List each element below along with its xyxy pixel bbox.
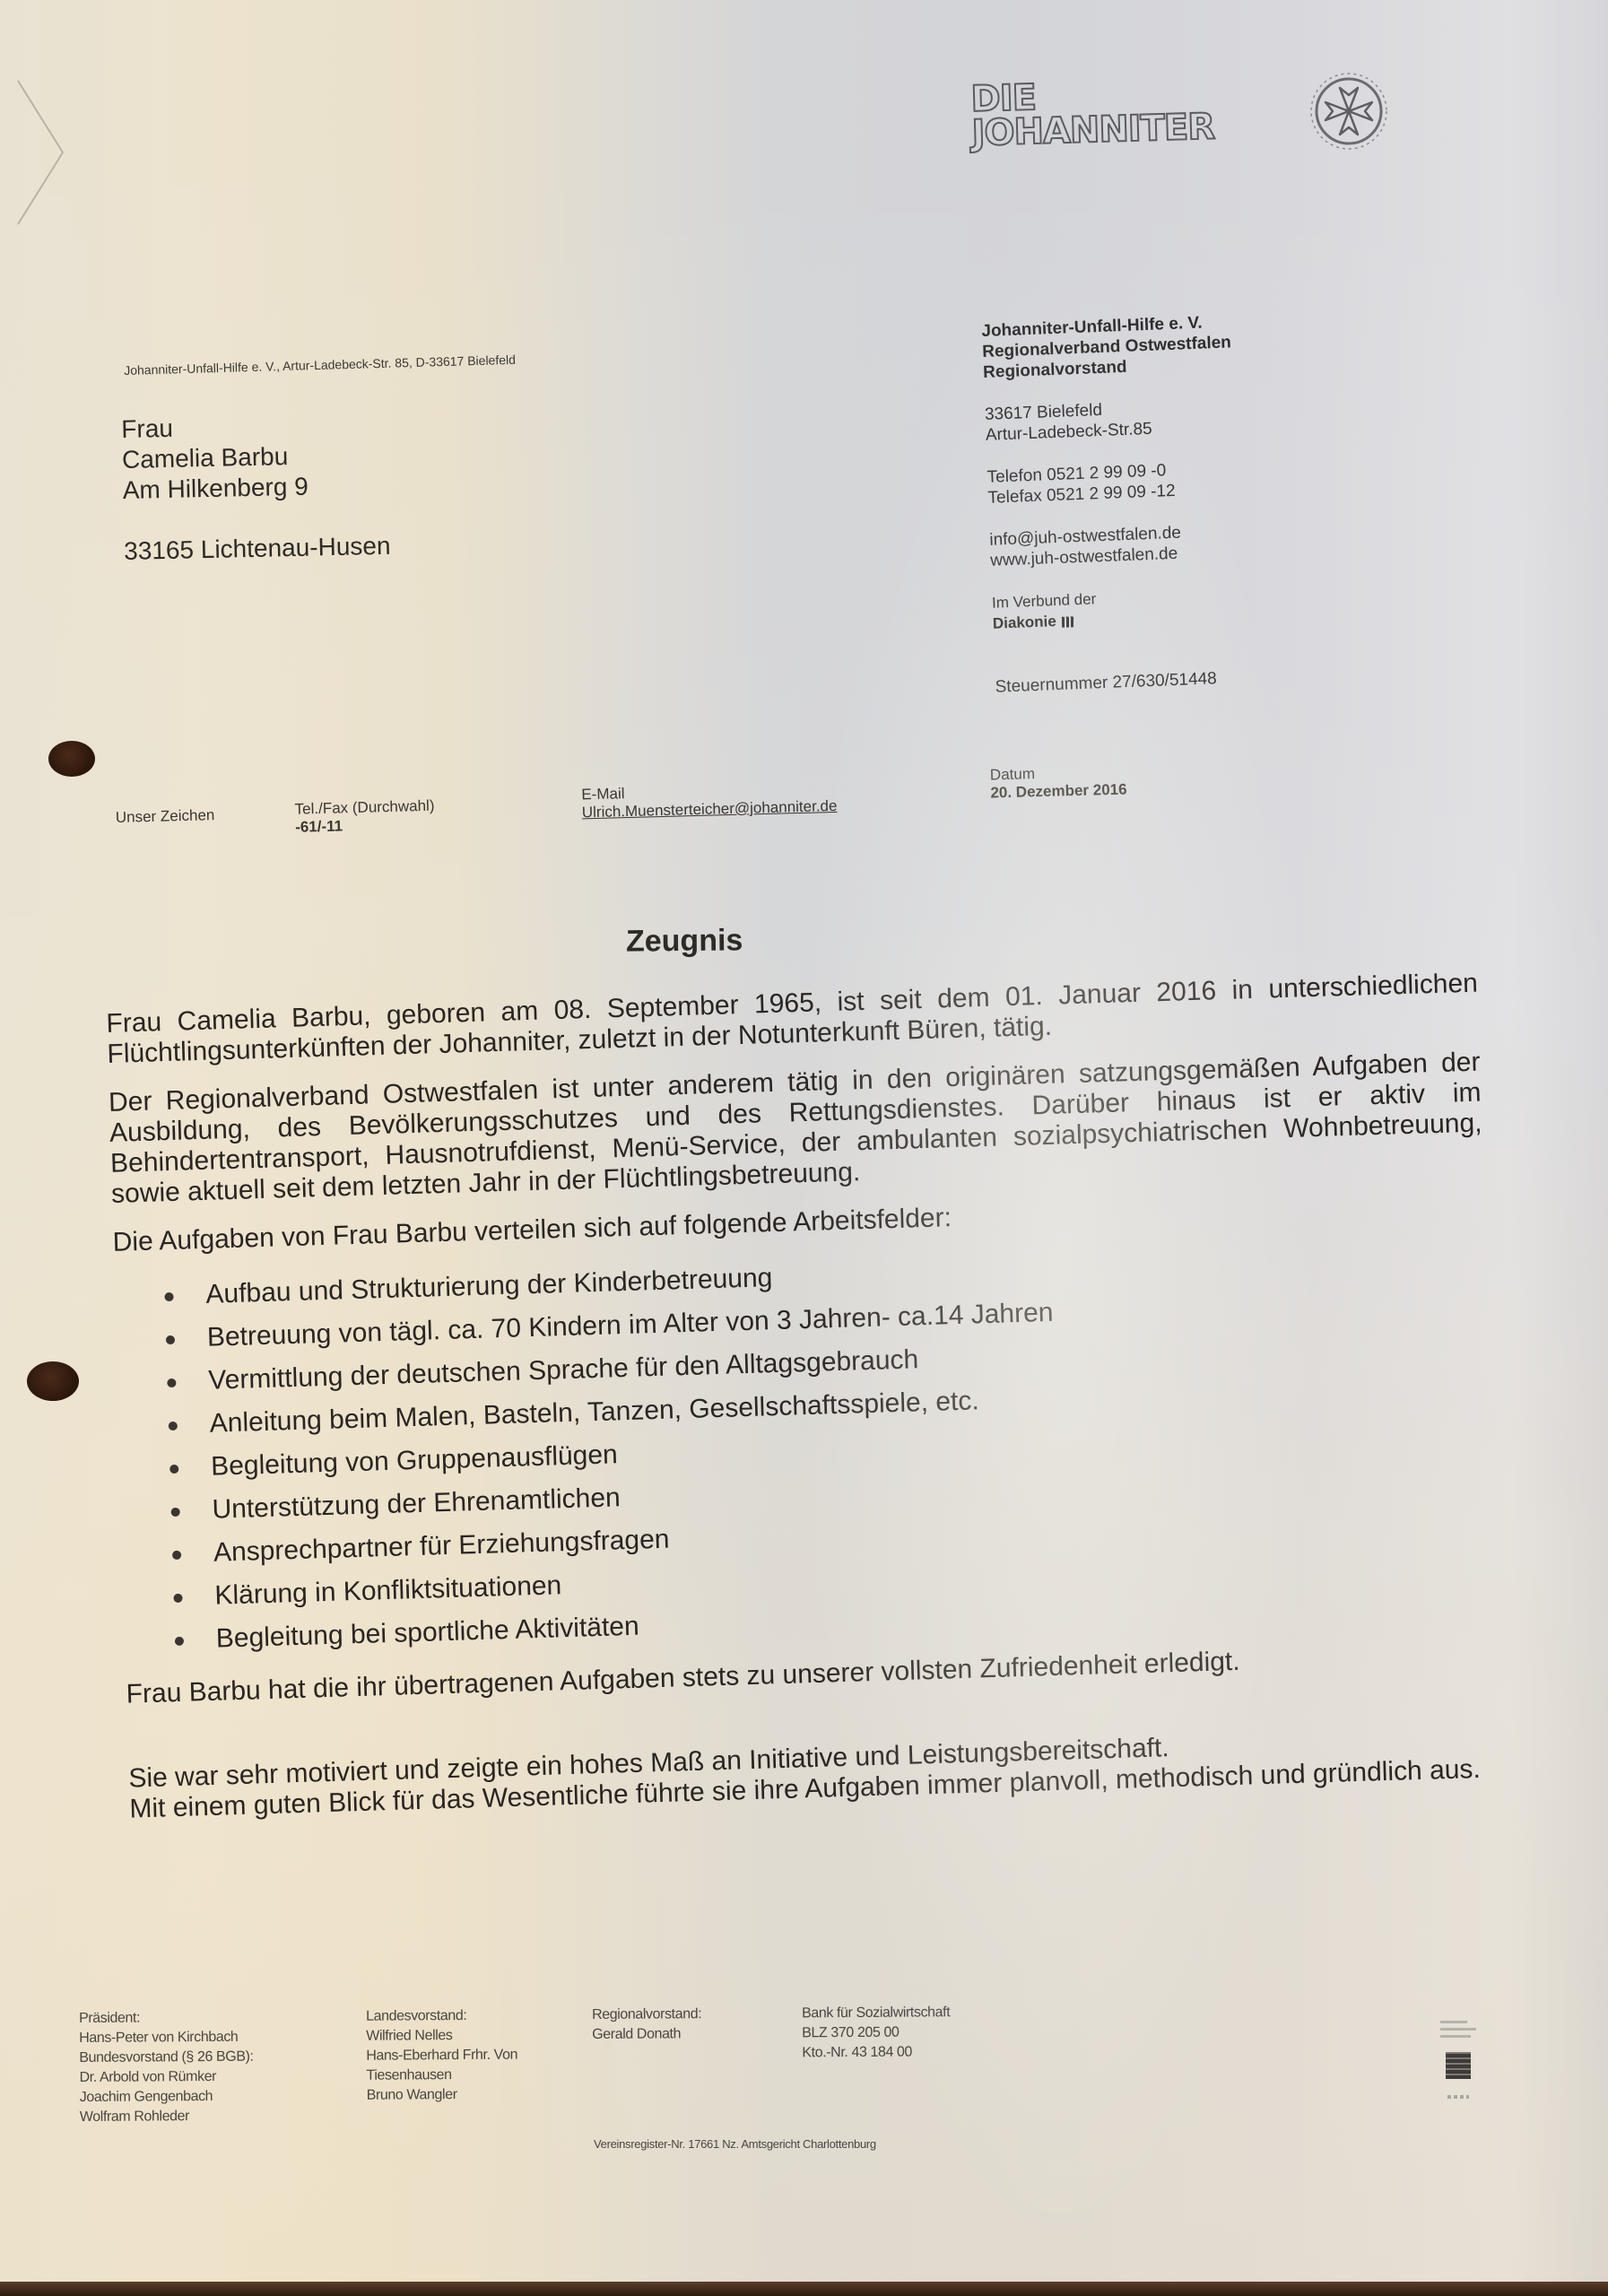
footer-board: Präsident: Hans-Peter von Kirchbach Bund… bbox=[79, 2008, 254, 2127]
footer-state-board: Landesvorstand: Wilfried Nelles Hans-Ebe… bbox=[366, 2006, 517, 2106]
bullet-icon bbox=[166, 1335, 175, 1344]
letter-page: DIE JOHANNITER Johanniter-Unfall-Hilfe e… bbox=[0, 0, 1608, 2285]
bullet-icon bbox=[169, 1422, 178, 1431]
hole-punch bbox=[48, 741, 95, 777]
bullet-icon bbox=[173, 1594, 182, 1603]
bullet-icon bbox=[171, 1508, 180, 1517]
our-sign-label: Unser Zeichen bbox=[116, 806, 215, 827]
phone-extension: Tel./Fax (Durchwahl) -61/-11 bbox=[294, 797, 435, 837]
johanniter-cross-icon bbox=[1308, 70, 1390, 152]
certification-text-icon bbox=[1440, 2021, 1476, 2038]
fold-mark-icon bbox=[0, 54, 72, 233]
recipient-city: 33165 Lichtenau-Husen bbox=[124, 531, 391, 567]
sender-return-address: Johanniter-Unfall-Hilfe e. V., Artur-Lad… bbox=[124, 352, 516, 378]
footer-regional-board: Regionalvorstand: Gerald Donath bbox=[592, 2005, 701, 2045]
diakonie-icon bbox=[1062, 616, 1074, 628]
phone-extension-label: Tel./Fax (Durchwahl) bbox=[294, 797, 434, 819]
hole-punch bbox=[27, 1361, 79, 1401]
bullet-icon bbox=[172, 1551, 181, 1560]
logo-line-2: JOHANNITER bbox=[971, 109, 1215, 151]
contact-email: E-Mail Ulrich.Muensterteicher@johanniter… bbox=[581, 779, 838, 822]
network-name: Diakonie bbox=[993, 613, 1057, 632]
table-surface bbox=[0, 2282, 1608, 2296]
certification-dots-icon bbox=[1447, 2095, 1469, 2099]
organization-paragraph: Der Regionalverband Ostwestfalen ist unt… bbox=[109, 1048, 1483, 1210]
letter-footer: Präsident: Hans-Peter von Kirchbach Bund… bbox=[79, 2000, 1424, 2009]
reference-line: Unser Zeichen Tel./Fax (Durchwahl) -61/-… bbox=[115, 761, 1191, 789]
certification-mark bbox=[1440, 2016, 1476, 2099]
date-value: 20. Dezember 2016 bbox=[990, 780, 1127, 802]
our-sign: Unser Zeichen bbox=[116, 806, 215, 827]
phone-extension-value: -61/-11 bbox=[295, 815, 435, 837]
bullet-icon bbox=[169, 1465, 178, 1474]
certification-seal-icon bbox=[1446, 2052, 1471, 2079]
johanniter-logo: DIE JOHANNITER bbox=[970, 75, 1215, 151]
association-registry: Vereinsregister-Nr. 17661 Nz. Amtsgerich… bbox=[594, 2137, 876, 2151]
task-list: Aufbau und Strukturierung der Kinderbetr… bbox=[114, 1235, 1497, 1663]
recipient-address: Frau Camelia Barbu Am Hilkenberg 9 33165… bbox=[121, 409, 391, 567]
bullet-icon bbox=[167, 1378, 176, 1387]
organization-info: Johanniter-Unfall-Hilfe e. V. Regionalve… bbox=[981, 311, 1245, 697]
footer-bank: Bank für Sozialwirtschaft BLZ 370 205 00… bbox=[802, 2003, 951, 2063]
bullet-icon bbox=[164, 1292, 173, 1301]
bullet-icon bbox=[175, 1637, 184, 1646]
document-body: Frau Camelia Barbu, geboren am 08. Septe… bbox=[106, 969, 1502, 1843]
document-title: Zeugnis bbox=[626, 923, 743, 959]
letter-date: Datum 20. Dezember 2016 bbox=[990, 762, 1127, 802]
